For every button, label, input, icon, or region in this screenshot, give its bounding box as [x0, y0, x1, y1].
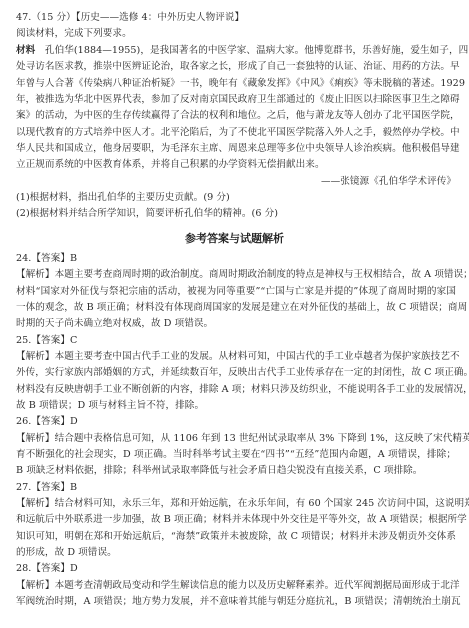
- material-line: 处寻访名医求教，推崇中医辨证论治，取各家之长，形成了自己一套独特的认证、治证、用…: [16, 61, 456, 73]
- question-header: 47.（15 分）【历史——选修 4：中外历史人物评说】: [16, 12, 456, 24]
- answer-label: 25.【答案】C: [16, 335, 456, 347]
- explanation-line: 【解析】结合材料可知，永乐三年，郑和开始远航，在永乐年间，有 60 个国家 24…: [16, 498, 456, 510]
- explanation-line: 的形成，故 D 项错误。: [16, 547, 456, 559]
- material-line: 材料 孔伯华(1884—1955)，是我国著名的中医学家、温病大家。他博览群书，…: [16, 45, 456, 57]
- explanation-line: 外传，实行家族内部婚姻的方式，并延续数百年，反映出古代手工业传承存在一定的封闭性…: [16, 367, 456, 379]
- answer-label: 26.【答案】D: [16, 416, 456, 428]
- material-line: 年，被推选为华北中医界代表，参加了反对南京国民政府卫生部通过的《废止旧医以扫除医…: [16, 94, 456, 106]
- explanation-line: 和远航后中外联系进一步加强，故 B 项正确；材料并未体现中外交往是平等外交，故 …: [16, 514, 456, 526]
- explanation-line: 知识可知，明朝在郑和开始远航后，“海禁”政策并未被废除，故 C 项错误；材料并未…: [16, 531, 456, 543]
- explanation-line: 【解析】结合题中表格信息可知，从 1106 年到 13 世纪州试录取率从 3% …: [16, 433, 456, 445]
- material-line: 华人民共和国成立，他身居要职，为毛泽东主席、周恩来总理等多位中央领导人诊治疾病。…: [16, 143, 456, 155]
- answer-label: 24.【答案】B: [16, 253, 456, 265]
- explanation-line: 【解析】本题考查清朝政局变动和学生解读信息的能力以及历史解释素养。近代军阀割据局…: [16, 580, 456, 592]
- explanation-line: 【解析】本题主要考查商周时期的政治制度。商周时期政治制度的特点是神权与王权相结合…: [16, 269, 456, 281]
- explanation-line: 一体的观念，故 B 项正确；材料没有体现商周国家的发展是建立在对外征伐的基础上，…: [16, 302, 456, 314]
- section-title: 参考答案与试题解析: [0, 232, 469, 246]
- explanation-line: 故 B 项错误；D 项与材料主旨不符，排除。: [16, 400, 456, 412]
- explanation-line: 军阀统治时期，A 项错误；地方势力发展，并不意味着其能与朝廷分庭抗礼，B 项错误…: [16, 596, 456, 608]
- material-source: ——张镜源《孔伯华学术评传》: [16, 176, 456, 188]
- material-label: 材料: [16, 45, 35, 56]
- material-line: 年曾与人合著《传染病八种证治析疑》一书，晚年有《藏象发挥》《中风》《痢疾》等未脱…: [16, 78, 456, 90]
- document-page: 47.（15 分）【历史——选修 4：中外历史人物评说】 阅读材料，完成下列要求…: [0, 0, 469, 628]
- material-line: 案》的活动，为中医的生存传续赢得了合法的权利和地位。之后，他与萧龙友等人创办了北…: [16, 110, 456, 122]
- task-item: (2)根据材料并结合所学知识，简要评析孔伯华的精神。(6 分): [16, 208, 456, 220]
- explanation-line: 育不断强化的社会现实，D 项正确。当时科举考试主要在“四书”“五经”范围内命题，…: [16, 449, 456, 461]
- material-line: 立正规而系统的中医教育体系，并将自己积累的办学资料无偿捐献出来。: [16, 159, 456, 171]
- explanation-line: 材料没有反映唐朝手工业不断创新的内容，排除 A 项；材料只涉及纺织业，不能说明各…: [16, 384, 456, 396]
- instruction-text: 阅读材料，完成下列要求。: [16, 28, 456, 40]
- explanation-line: 时期的天子尚未确立绝对权威，故 D 项错误。: [16, 318, 456, 330]
- explanation-line: B 项缺乏材料依据，排除；科举州试录取率降低与社会矛盾日趋尖锐没有直接关系，C …: [16, 465, 456, 477]
- material-line: 以现代教育的方式培养中医人才。北平沦陷后，为了不使北平国医学院落入外人之手，毅然…: [16, 127, 456, 139]
- answer-label: 27.【答案】B: [16, 482, 456, 494]
- explanation-line: 材料“国家对外征伐与祭祀宗庙的活动，被视为同等重要”“亡国与亡家是并提的”体现了…: [16, 286, 456, 298]
- task-item: (1)根据材料，指出孔伯华的主要历史贡献。(9 分): [16, 192, 456, 204]
- answer-label: 28.【答案】D: [16, 563, 456, 575]
- explanation-line: 【解析】本题主要考查中国古代手工业的发展。从材料可知，中国古代的手工业卓越者为保…: [16, 351, 456, 363]
